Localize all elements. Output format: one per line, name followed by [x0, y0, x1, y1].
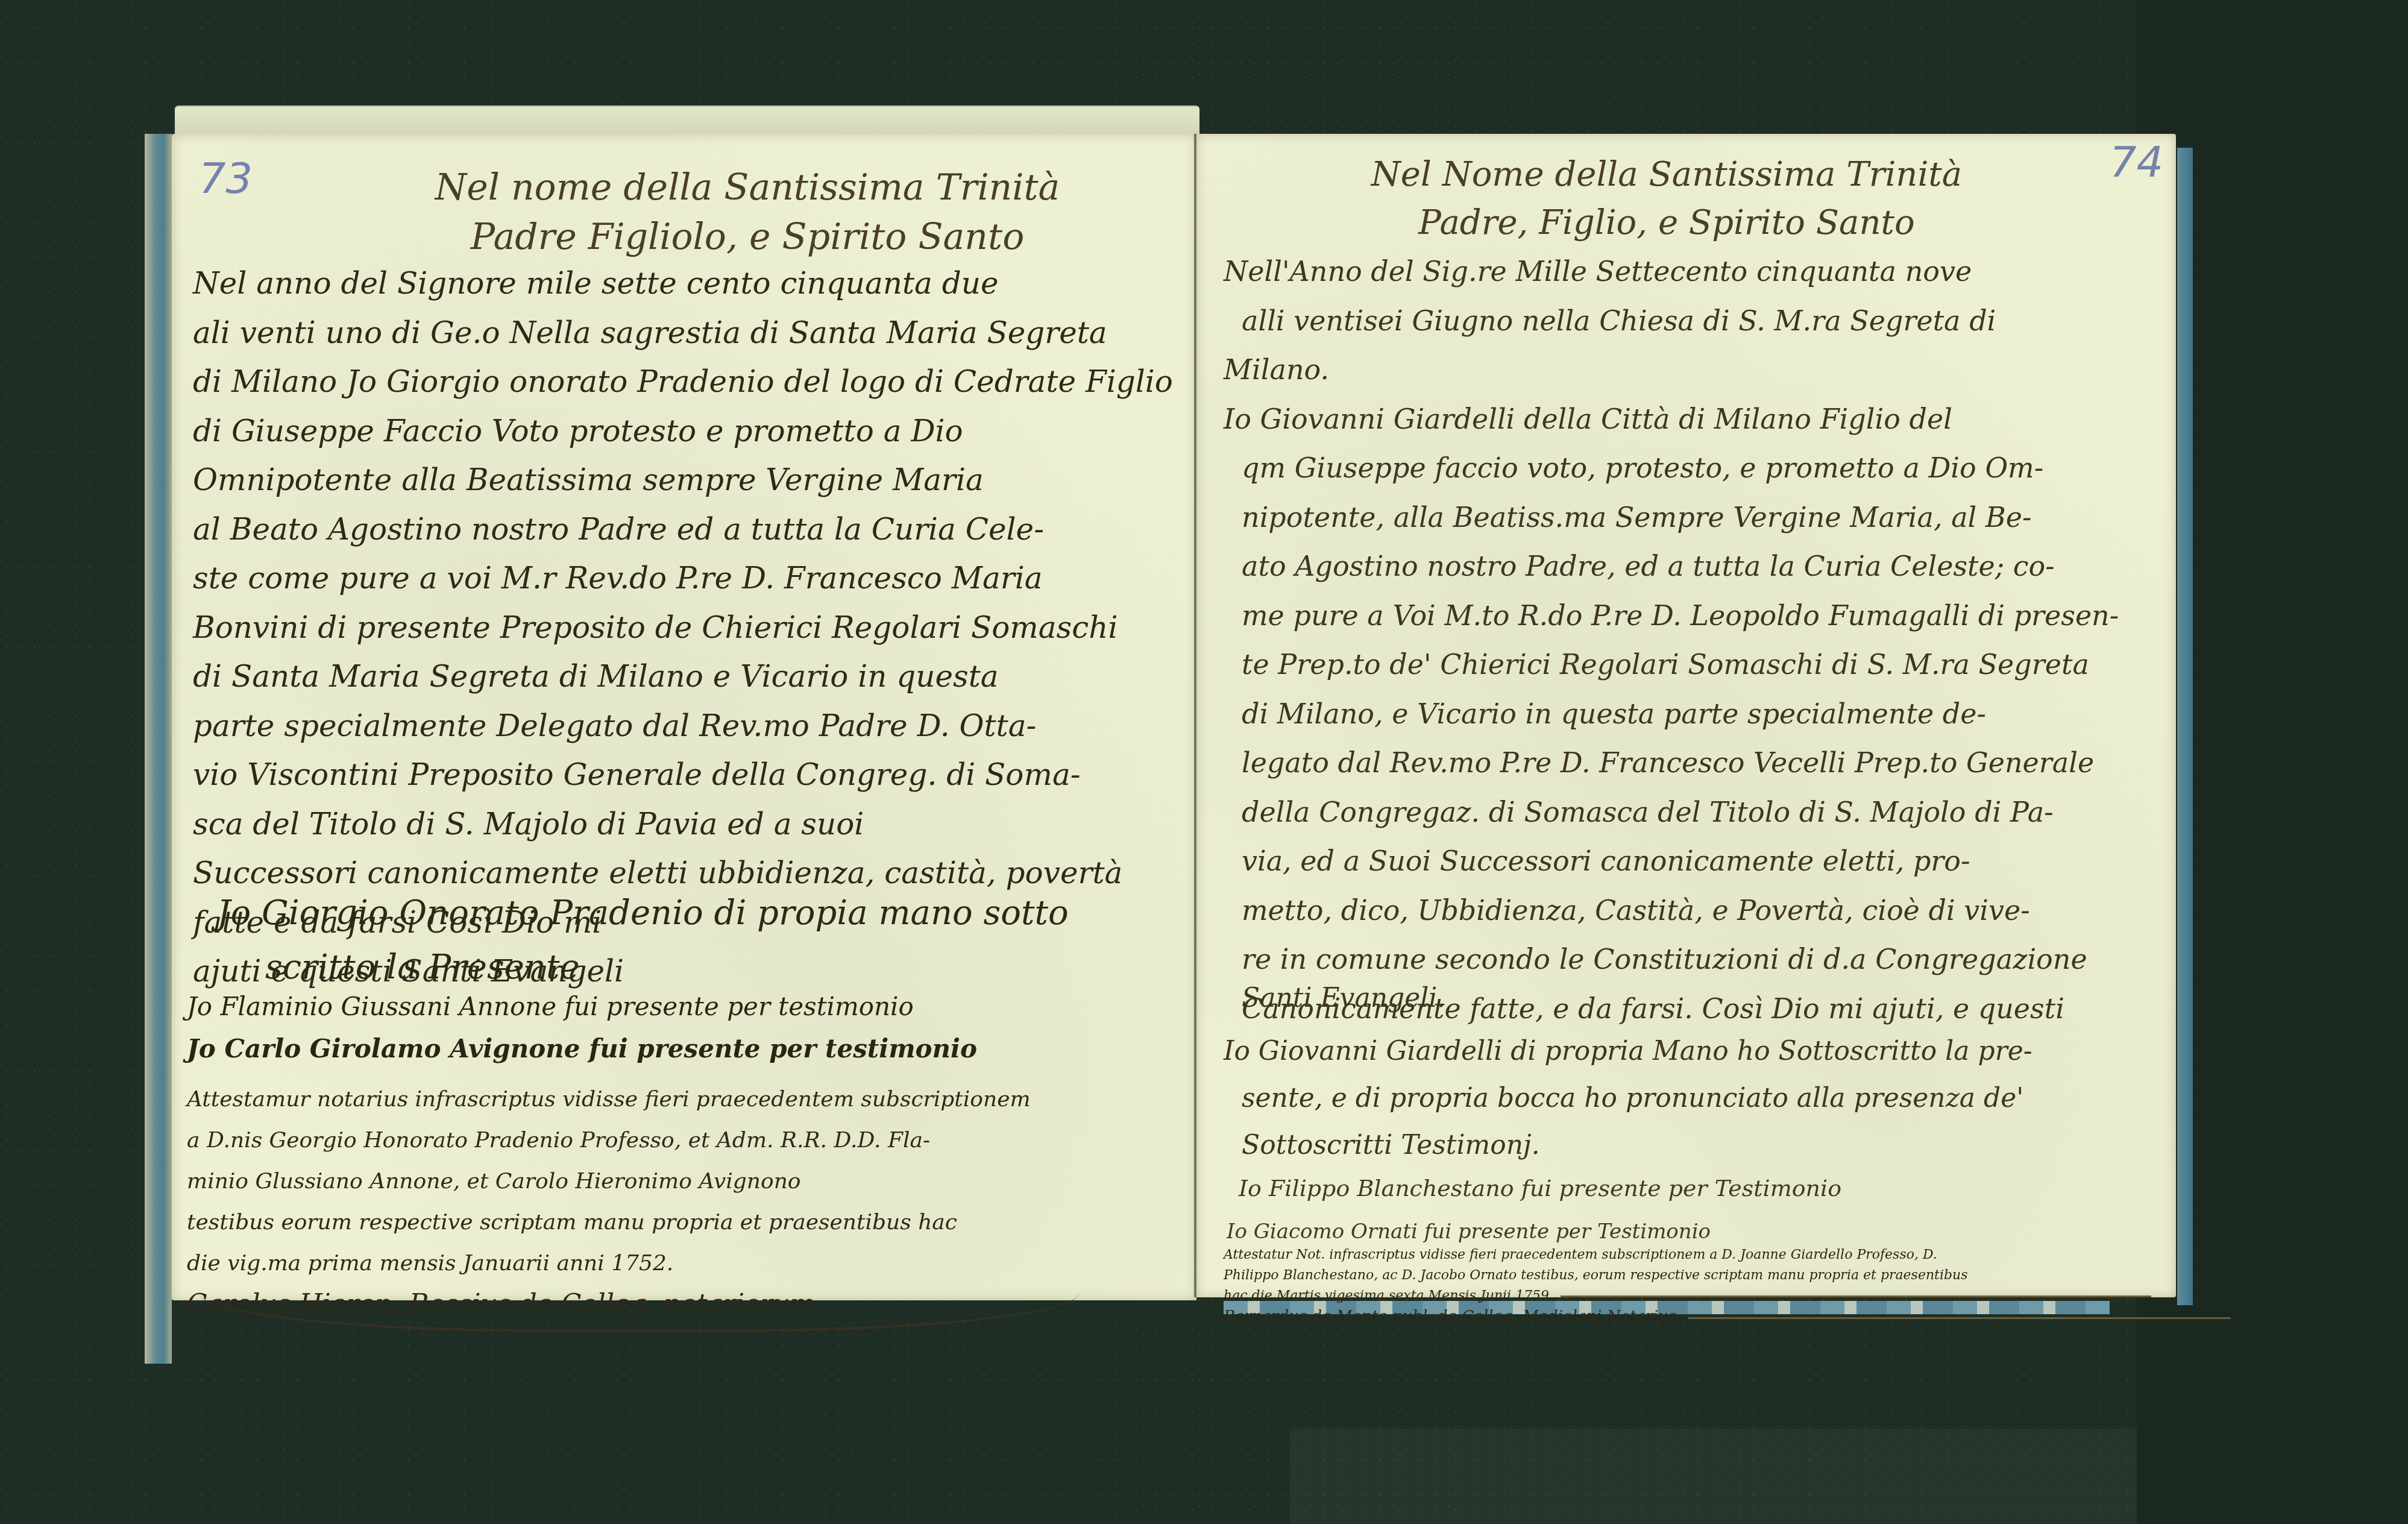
- backing-board-bottom: [1290, 1429, 2137, 1524]
- notary-line: a D.nis Georgio Honorato Pradenio Profes…: [187, 1120, 1181, 1161]
- notary-line: Philippo Blanchestano, ac D. Jacobo Orna…: [1224, 1265, 2173, 1286]
- signature-line: Jo Giorgio Onorato Pradenio di propia ma…: [217, 886, 1181, 940]
- text-line: al Beato Agostino nostro Padre ed a tutt…: [193, 505, 1181, 555]
- notary-line: Attestamur notarius infrascriptus vidiss…: [187, 1079, 1181, 1120]
- text-line: Milano.: [1224, 345, 2164, 395]
- notary-line: Attestatur Not. infrascriptus vidisse fi…: [1224, 1245, 2173, 1265]
- notary-date-text: hac die Martis vigesima sexta Mensis Jun…: [1224, 1288, 1553, 1303]
- text-line: ste come pure a voi M.r Rev.do P.re D. F…: [193, 554, 1181, 603]
- text-line: legato dal Rev.mo P.re D. Francesco Vece…: [1224, 738, 2164, 788]
- text-line: te Prep.to de' Chierici Regolari Somasch…: [1224, 640, 2164, 690]
- signature-line: Sottoscritti Testimonj.: [1224, 1122, 2164, 1169]
- signature-line: sente, e di propria bocca ho pronunciato…: [1224, 1075, 2164, 1122]
- notary-rule-line: [1688, 1317, 2231, 1319]
- text-line: Nel anno del Signore mile sette cento ci…: [193, 259, 1181, 309]
- witness-line: Jo Carlo Girolamo Avignone fui presente …: [187, 1028, 1181, 1070]
- text-line: nipotente, alla Beatiss.ma Sempre Vergin…: [1224, 493, 2164, 543]
- left-page-heading: Nel nome della Santissima Trinità Padre …: [386, 163, 1109, 262]
- right-page-signature: Santi Evangeli. Io Giovanni Giardelli di…: [1224, 1028, 2164, 1169]
- right-page-notarial-attestation: Attestatur Not. infrascriptus vidisse fi…: [1224, 1245, 2173, 1328]
- text-line: Nell'Anno del Sig.re Mille Settecento ci…: [1224, 247, 2164, 297]
- text-line: di Milano Jo Giorgio onorato Pradenio de…: [193, 357, 1181, 407]
- text-line: di Milano, e Vicario in questa parte spe…: [1224, 690, 2164, 739]
- notary-line: minio Glussiano Annone, et Carolo Hieron…: [187, 1161, 1181, 1202]
- heading-line: Nel nome della Santissima Trinità: [386, 163, 1109, 212]
- heading-line: Padre Figliolo, e Spirito Santo: [386, 212, 1109, 262]
- text-line: vio Viscontini Preposito Generale della …: [193, 751, 1181, 800]
- witness-line: Io Filippo Blanchestano fui presente per…: [1227, 1167, 2167, 1210]
- notary-flourish-mark: [199, 1293, 1079, 1332]
- left-page-witnesses: Jo Flaminio Giussani Annone fui presente…: [187, 986, 1181, 1070]
- text-line: alli ventisei Giugno nella Chiesa di S. …: [1224, 297, 2164, 346]
- notary-line: testibus eorum respective scriptam manu …: [187, 1202, 1181, 1243]
- text-line: di Giuseppe Faccio Voto protesto e prome…: [193, 407, 1181, 456]
- notary-rule-line: [1561, 1296, 2151, 1297]
- notary-line: hac die Martis vigesima sexta Mensis Jun…: [1224, 1286, 2173, 1306]
- heading-line: Nel Nome della Santissima Trinità: [1290, 151, 2043, 199]
- witness-line: Jo Flaminio Giussani Annone fui presente…: [187, 986, 1181, 1028]
- notary-line: die vig.ma prima mensis Januarii anni 17…: [187, 1243, 1181, 1284]
- right-page-vow-text: Nell'Anno del Sig.re Mille Settecento ci…: [1224, 247, 2164, 1033]
- book-cover-left-edge: [145, 134, 172, 1364]
- heading-line: Padre, Figlio, e Spirito Santo: [1290, 199, 2043, 247]
- left-page-signature: Jo Giorgio Onorato Pradenio di propia ma…: [217, 886, 1181, 995]
- right-page-heading: Nel Nome della Santissima Trinità Padre,…: [1290, 151, 2043, 247]
- text-line: ato Agostino nostro Padre, ed a tutta la…: [1224, 542, 2164, 591]
- book-gutter: [1194, 134, 1196, 1297]
- text-line: qm Giuseppe faccio voto, protesto, e pro…: [1224, 444, 2164, 493]
- text-line: me pure a Voi M.to R.do P.re D. Leopoldo…: [1224, 591, 2164, 641]
- notary-line: Bernardus de Monte publ. de Colleg. Medi…: [1224, 1306, 2173, 1328]
- right-page-witnesses: Io Filippo Blanchestano fui presente per…: [1227, 1167, 2167, 1253]
- signature-line: Io Giovanni Giardelli di propria Mano ho…: [1224, 1028, 2164, 1075]
- text-line: Io Giovanni Giardelli della Città di Mil…: [1224, 395, 2164, 444]
- text-line: sca del Titolo di S. Majolo di Pavia ed …: [193, 800, 1181, 849]
- text-line: parte specialmente Delegato dal Rev.mo P…: [193, 702, 1181, 751]
- text-line: Bonvini di presente Preposito de Chieric…: [193, 603, 1181, 653]
- folio-number-right: 74: [2110, 137, 2163, 187]
- text-line: via, ed a Suoi Successori canonicamente …: [1224, 837, 2164, 886]
- text-line: Omnipotente alla Beatissima sempre Vergi…: [193, 456, 1181, 505]
- text-line: metto, dico, Ubbidienza, Castità, e Pove…: [1224, 886, 2164, 936]
- text-line: di Santa Maria Segreta di Milano e Vicar…: [193, 652, 1181, 702]
- folio-number-left: 73: [199, 154, 253, 203]
- book-cover-right-edge: [2177, 148, 2193, 1305]
- left-page-notarial-attestation: Attestamur notarius infrascriptus vidiss…: [187, 1079, 1181, 1325]
- text-line: della Congregaz. di Somasca del Titolo d…: [1224, 788, 2164, 837]
- text-line: ali venti uno di Ge.o Nella sagrestia di…: [193, 309, 1181, 358]
- notary-signature: Bernardus de Monte publ. de Colleg. Medi…: [1224, 1308, 1681, 1326]
- text-line: Santi Evangeli.: [1224, 975, 2164, 1022]
